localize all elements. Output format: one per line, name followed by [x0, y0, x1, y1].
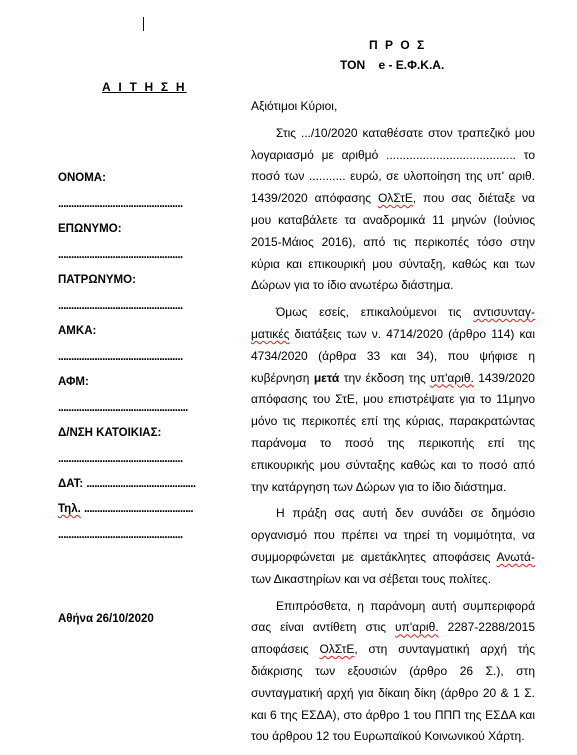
field-value-phone[interactable]: ........................................… [84, 503, 193, 515]
paragraph-4: Επιπρόσθετα, η παράνομη αυτή συμπεριφορά… [251, 596, 535, 749]
paragraph-2: Όμως εσείς, επικαλούμενοι τις αντισυνταγ… [251, 302, 535, 498]
field-value-extra[interactable]: ........................................… [58, 529, 183, 541]
recipient-line-1: Π Ρ Ο Σ [369, 38, 426, 52]
paragraph-1: Στις .../10/2020 καταθέσατε στον τραπεζι… [251, 123, 535, 297]
field-value-address[interactable]: ........................................… [58, 453, 183, 465]
field-label-dat: ΔΑΤ: [58, 478, 83, 490]
paragraph-3: Η πράξη σας αυτή δεν συνάδει σε δημόσιο … [251, 503, 535, 590]
field-label-phone: Τηλ. [58, 503, 81, 515]
misspelled-word: ΟλΣτΕ [319, 642, 354, 656]
recipient-line-2: ΤΟΝ e - Ε.Φ.Κ.Α. [340, 58, 444, 72]
document-title: Α Ι Τ Η Σ Η [102, 80, 187, 94]
field-phone: Τηλ. ...................................… [58, 503, 193, 515]
misspelled-word: υπ'αριθ. [395, 620, 439, 634]
text: 1439/2020 απόφασης του ΣτΕ, μου επιστρέψ… [251, 371, 535, 494]
field-value-dat[interactable]: ........................................… [86, 478, 195, 490]
field-value-fathers-name[interactable]: ........................................… [58, 300, 183, 312]
text: , στη συνταγματική αρχή τής διάκρισης τω… [251, 642, 535, 743]
field-value-amka[interactable]: ........................................… [58, 351, 183, 363]
misspelled-word: υπ'αριθ. [430, 371, 474, 385]
field-label-afm: ΑΦΜ: [58, 376, 89, 388]
text: Η πράξη σας αυτή δεν συνάδει σε δημόσιο … [251, 506, 535, 564]
field-dat: ΔΑΤ: ...................................… [58, 478, 195, 490]
field-value-name[interactable]: ........................................… [58, 198, 183, 210]
field-label-fathers-name: ΠΑΤΡΩΝΥΜΟ: [58, 274, 136, 286]
place-date: Αθήνα 26/10/2020 [58, 613, 154, 625]
misspelled-word: ΟλΣτΕ [378, 191, 413, 205]
field-label-surname: ΕΠΩΝΥΜΟ: [58, 223, 122, 235]
text: , που σας διέταξε να μου καταβάλετε τα α… [251, 191, 535, 292]
text: την έκδοση της [339, 371, 430, 385]
emphasis: μετά [314, 371, 339, 385]
field-value-surname[interactable]: ........................................… [58, 249, 183, 261]
field-label-address: Δ/ΝΣΗ ΚΑΤΟΙΚΙΑΣ: [58, 427, 161, 439]
misspelled-word: Ανωτά- [497, 550, 536, 564]
field-label-amka: ΑΜΚΑ: [58, 325, 96, 337]
field-label-name: ΟΝΟΜΑ: [58, 172, 106, 184]
letter-body: Αξιότιμοι Κύριοι, Στις .../10/2020 καταθ… [251, 96, 535, 748]
text-cursor [143, 17, 144, 31]
field-value-afm[interactable]: ........................................… [58, 402, 188, 414]
text: των Δικαστηρίων και να σέβεται τους πολί… [251, 572, 491, 586]
greeting: Αξιότιμοι Κύριοι, [251, 96, 535, 118]
text: Όμως εσείς, επικαλούμενοι τις [276, 305, 473, 319]
